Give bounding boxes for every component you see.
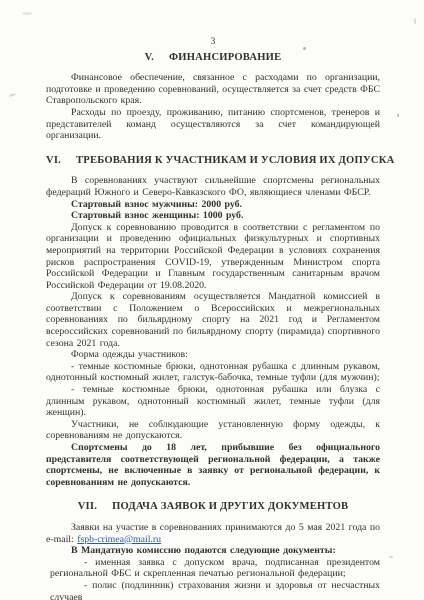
page-number: 3 [46,37,380,49]
applications-paragraph-1: Заявки на участие в соревнованиях приним… [46,522,380,545]
section-title: ПОДАЧА ЗАЯВОК И ДРУГИХ ДОКУМЕНТОВ [112,501,348,512]
section-heading-applications: VII.ПОДАЧА ЗАЯВОК И ДРУГИХ ДОКУМЕНТОВ [46,501,380,513]
section-title: ТРЕБОВАНИЯ К УЧАСТНИКАМ И УСЛОВИЯ ИХ ДОП… [76,155,394,166]
entry-fee-men: Стартовый взнос мужчины: 2000 руб. [46,199,380,211]
financing-paragraph-1: Финансовое обеспечение, связанное с расх… [46,72,380,107]
scan-speck [389,556,393,559]
entry-fee-women: Стартовый взнос женщины: 1000 руб. [46,210,380,222]
dress-code-intro: Форма одежды участников: [46,349,380,361]
section-title: ФИНАНСИРОВАНИЕ [169,52,281,63]
requirements-paragraph-4: Участники, не соблюдающие установленную … [46,419,380,442]
section-number: VI. [46,155,61,166]
section-heading-financing: V.ФИНАНСИРОВАНИЕ [46,52,380,64]
scan-speck [414,18,416,24]
scan-speck [303,47,306,50]
document-item-insurance: - полис (подлинник) страхования жизни и … [50,580,380,600]
requirements-paragraph-1: В соревнованиях участвуют сильнейшие спо… [46,175,380,198]
requirements-paragraph-3: Допуск к соревнованиям осуществляется Ма… [46,291,380,349]
documents-intro: В Мандатную комиссию подаются следующие … [46,545,380,557]
financing-paragraph-2: Расходы по проезду, проживанию, питанию … [46,107,380,142]
under-18-restriction-paragraph: Спортсмены до 18 лет, прибывшие без офиц… [46,442,380,488]
requirements-paragraph-2: Допуск к соревнованию проводится в соотв… [46,222,380,292]
section-heading-requirements: VI.ТРЕБОВАНИЯ К УЧАСТНИКАМ И УСЛОВИЯ ИХ … [46,155,380,167]
section-number: VII. [78,501,97,512]
email-link[interactable]: fspb-crimea@mail.ru [77,534,161,545]
scan-speck [22,12,32,15]
scan-speck [9,93,16,97]
dress-code-men: - темные костюмные брюки, однотонная руб… [46,361,380,384]
scan-speck [397,114,399,117]
document-item-application: - именная заявка с допуском врача, подпи… [50,557,380,580]
document-page: 3 V.ФИНАНСИРОВАНИЕ Финансовое обеспечени… [0,0,424,600]
section-number: V. [145,52,154,63]
dress-code-women: - темные костюмные брюки, однотонная руб… [46,384,380,419]
